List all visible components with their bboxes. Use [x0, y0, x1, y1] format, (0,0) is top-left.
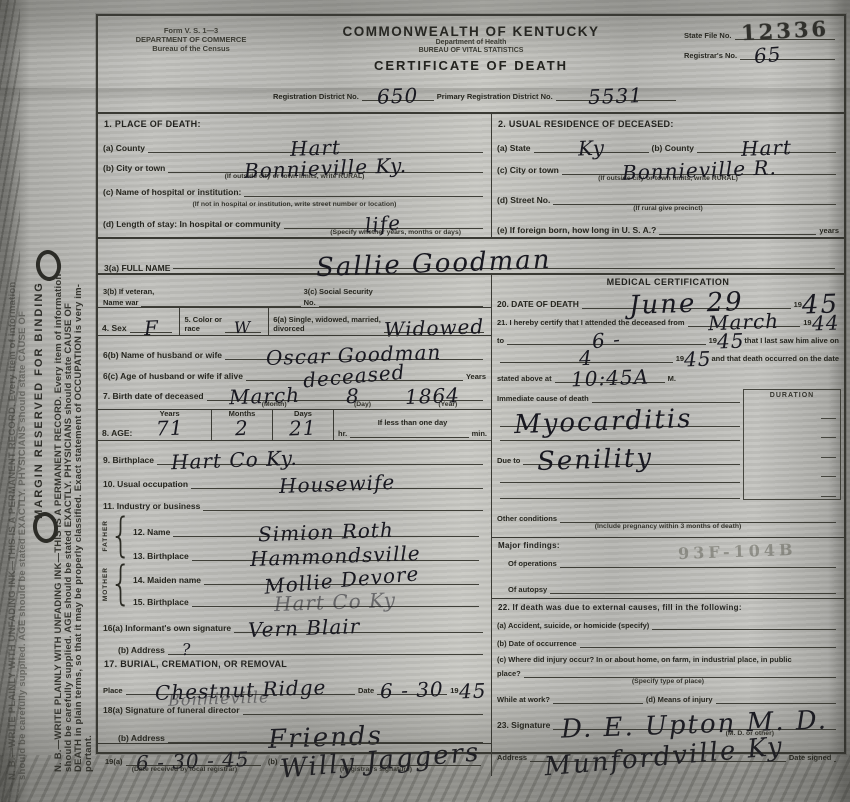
primary-district-line: 5531 [556, 86, 676, 101]
where-injury-label-2: place? [497, 670, 521, 679]
father-rows: 12. Name Simion Roth 13. Birthplace Hamm… [128, 511, 487, 561]
registration-district-row: Registration District No. 650 Primary Re… [273, 86, 679, 101]
burial-date-pre: 19 [450, 687, 458, 696]
res-city-line: Bonnieville R. [562, 160, 836, 175]
registrar-no-label: Registrar's No. [684, 52, 737, 61]
industry-row: 11. Industry or business [98, 489, 491, 511]
pod-county-label: (a) County [103, 143, 145, 153]
primary-district-value: 5531 [588, 85, 644, 107]
primary-district-label: Primary Registration District No. [437, 93, 553, 102]
age-hr-label: hr. [338, 430, 347, 439]
cause-label: Immediate cause of death [497, 395, 589, 404]
pod-city-value: Bonnieville Ky. [244, 155, 408, 181]
other-conditions-line [560, 512, 836, 523]
reg-district-value: 650 [377, 85, 419, 106]
informant-address-label: (b) Address [118, 645, 165, 655]
received-cell: 19(a) 6 - 30 - 45 (Date received by loca… [103, 744, 266, 776]
full-name-row: 3(a) FULL NAME Sallie Goodman [98, 239, 844, 275]
mother-name-line: Mollie Devore [204, 570, 479, 585]
age-less-cell: If less than one day hr. min. [334, 410, 491, 440]
margin-bleed-line2: should be carefully supplied. AGE should… [18, 20, 28, 780]
occurrence-label: (b) Date of occurrence [497, 640, 577, 649]
bureau-census: Bureau of the Census [106, 44, 276, 53]
means-injury-label: (d) Means of injury [646, 696, 713, 705]
margin-nb-line3: DEATH in plain terms, so that it may be … [74, 24, 84, 772]
informant-address-line: ? [168, 642, 483, 655]
physician-signature-label: 23. Signature [497, 720, 550, 730]
pod-county-line: Hart [148, 138, 483, 153]
spouse-line: Oscar Goodman [225, 345, 483, 360]
state-file-label: State File No. [684, 32, 732, 41]
father-vertical-label: FATHER [102, 520, 109, 552]
birthdate-label: 7. Birth date of deceased [103, 391, 204, 401]
spouse-age-label: 6(c) Age of husband or wife if alive [103, 371, 243, 381]
funeral-director-line [243, 704, 484, 715]
where-injury-row-2: place? [492, 664, 844, 678]
age-less-group: If less than one day hr. min. [338, 419, 487, 439]
received-row: 19(a) 6 - 30 - 45 [103, 744, 266, 766]
duration-dash [821, 419, 836, 439]
veteran-label: 3(b) If veteran, [103, 288, 304, 297]
race-line: W [225, 320, 261, 333]
father-birthplace-row: 13. Birthplace Hammondsville [128, 537, 487, 561]
pod-city-line: Bonnieville Ky. [168, 158, 483, 173]
res-state-line: Ky [534, 138, 649, 153]
other-conditions-label: Other conditions [497, 515, 557, 524]
res-county-label: (b) County [652, 143, 695, 153]
marital-cell: 6(a) Single, widowed, married, divorced … [269, 308, 491, 335]
pod-stay-value: life [364, 212, 402, 235]
cause-blank-line-1 [500, 430, 740, 441]
physician-address-line: Munfordville Ky [530, 744, 786, 762]
duration-label: DURATION [770, 392, 814, 399]
ssn-label: 3(c) Social Security [304, 288, 486, 297]
age-hr-min-row: hr. min. [338, 427, 487, 438]
registrar-sig-label: (b) [268, 758, 278, 767]
ssn-no-row: No. [304, 296, 486, 307]
res-city-value: Bonnieville R. [621, 157, 776, 182]
age-min-label: min. [472, 430, 487, 439]
certificate-form: Form V. S. 1—3 DEPARTMENT OF COMMERCE Bu… [96, 14, 846, 754]
pod-hospital-row: (c) Name of hospital or institution: [98, 181, 491, 197]
physician-address-label: Address [497, 754, 527, 763]
burial-place-row: Place Chestnut Ridge Date 6 - 30 19 45 [98, 669, 491, 695]
age-hr-line [350, 427, 468, 438]
registrar-sig-row: (b) Willy Jaggers [266, 744, 486, 766]
burial-place-label: Place [103, 687, 123, 696]
mother-birthplace-row: 15. Birthplace Hart Co Ky [128, 585, 487, 607]
sex-race-marital-row: 4. Sex F 5. Color or race W 6(a) Single,… [98, 307, 491, 335]
full-name-label: 3(a) FULL NAME [104, 263, 170, 273]
cause-blank-row-2 [492, 465, 748, 483]
date-of-death-label: 20. DATE OF DEATH [497, 299, 579, 309]
birthdate-month: March [229, 385, 301, 407]
burial-title: 17. BURIAL, CREMATION, OR REMOVAL [98, 655, 491, 669]
autopsy-row: Of autopsy [492, 568, 844, 594]
margin-bleedthrough: N. B.—WRITE PLAINLY WITH UNFADING INK—TH… [8, 20, 28, 780]
age-less-label: If less than one day [338, 419, 487, 428]
duration-dash [821, 477, 836, 497]
birthplace-label: 9. Birthplace [103, 455, 154, 465]
dept-health: Department of Health [306, 39, 636, 47]
date-of-death-line: June 29 [582, 291, 791, 309]
certify-suffix-2: that I last saw him alive on [744, 337, 839, 346]
registrar-sig-line: Willy Jaggers [280, 748, 481, 766]
certify-to-label: to [497, 337, 504, 346]
spouse-age-line: deceased [246, 366, 463, 381]
res-county-line: Hart [697, 138, 836, 153]
certify-time-line: 10:45A [555, 368, 665, 383]
pod-county-row: (a) County Hart [98, 129, 491, 153]
birthdate-day: 8 [346, 386, 360, 406]
cause-label-row: Immediate cause of death [492, 387, 748, 403]
race-label-2: race [184, 325, 222, 334]
mother-birthplace-label: 15. Birthplace [133, 597, 189, 607]
industry-line [203, 500, 483, 511]
pod-stay-line: life [284, 214, 483, 229]
margin-nb-note: N. B.—WRITE PLAINLY WITH UNFADING INK—TH… [54, 24, 94, 772]
registrar-row: 19(a) 6 - 30 - 45 (Date received by loca… [98, 743, 491, 776]
ssn-line [319, 296, 483, 307]
accident-label: (a) Accident, suicide, or homicide (spec… [497, 622, 649, 631]
father-birthplace-line: Hammondsville [192, 546, 479, 561]
age-days-value: 21 [289, 418, 317, 439]
informant-label: 16(a) Informant's own signature [103, 623, 231, 633]
certify-text-1: 21. I hereby certify that I attended the… [497, 319, 685, 328]
date-signed-label: Date signed [789, 754, 832, 763]
father-name-label: 12. Name [133, 527, 170, 537]
pod-stay-row: (d) Length of stay: In hospital or commu… [98, 209, 491, 229]
mother-side: MOTHER { [102, 561, 128, 607]
age-years-cell: 8. AGE: Years 71 [98, 410, 212, 440]
cause-value-row: Myocarditis [492, 403, 748, 427]
res-state-label: (a) State [497, 143, 531, 153]
certify-time-value: 10:45A [570, 367, 649, 390]
certificate-title: CERTIFICATE OF DEATH [306, 58, 636, 73]
veteran-war-row: Name war [103, 296, 304, 307]
informant-address-row: (b) Address ? [98, 633, 491, 655]
full-name-line: Sallie Goodman [173, 251, 835, 269]
pod-city-label: (b) City or town [103, 163, 165, 173]
certify-stated-label: stated above at [497, 375, 552, 384]
occupation-label: 10. Usual occupation [103, 479, 188, 489]
where-injury-line [524, 667, 836, 678]
cause-blank-line-3 [500, 488, 740, 499]
place-of-death-title: 1. PLACE OF DEATH: [98, 117, 491, 129]
autopsy-label: Of autopsy [508, 586, 547, 595]
veteran-ssn-row: 3(b) If veteran, Name war 3(c) Social Se… [98, 275, 491, 307]
spouse-age-row: 6(c) Age of husband or wife if alive dec… [98, 360, 491, 381]
funeral-address-row: (b) Address Friends [98, 715, 491, 743]
age-months-value: 2 [235, 418, 249, 438]
received-label: 19(a) [105, 758, 123, 767]
registrar-no-row: Registrar's No. 65 [682, 40, 840, 60]
veteran-war-line [141, 296, 300, 307]
state-file-row: State File No. 12336 [682, 20, 840, 40]
certify-row-1: 21. I hereby certify that I attended the… [492, 309, 844, 327]
veteran-group: 3(b) If veteran, Name war [103, 288, 304, 308]
pod-hospital-line [244, 186, 483, 197]
due-to-row: Due to Senility [492, 441, 748, 465]
certify-pre-3: 19 [676, 355, 684, 364]
pod-hospital-label: (c) Name of hospital or institution: [103, 187, 241, 197]
father-side: FATHER { [102, 511, 128, 561]
age-days-group: Days 21 [277, 410, 329, 439]
duration-dash [821, 438, 836, 458]
place-of-death-section: 1. PLACE OF DEATH: (a) County Hart (b) C… [98, 114, 492, 237]
left-column: 3(b) If veteran, Name war 3(c) Social Se… [98, 275, 492, 776]
operations-label: Of operations [508, 560, 557, 569]
burial-date-line: 6 - 30 [377, 680, 447, 695]
registrar-sig-cell: (b) Willy Jaggers (Registrar's signature… [266, 744, 486, 776]
cause-of-death-block: DURATION Immediate cause of death Myocar… [492, 387, 844, 503]
informant-line: Vern Blair [234, 618, 483, 633]
where-injury-row-1: (c) Where did injury occur? In or about … [492, 648, 844, 664]
main-section: 3(b) If veteran, Name war 3(c) Social Se… [98, 275, 844, 776]
where-injury-caption: (Specify type of place) [492, 678, 844, 686]
registrar-no-value: 65 [753, 44, 782, 66]
certify-pre-2: 19 [709, 337, 717, 346]
header-left-block: Form V. S. 1—3 DEPARTMENT OF COMMERCE Bu… [106, 26, 276, 53]
header-right-block: State File No. 12336 Registrar's No. 65 [682, 20, 840, 60]
funeral-director-label: 18(a) Signature of funeral director [103, 705, 240, 715]
birthplace-line: Hart Co Ky. [157, 450, 483, 465]
received-line: 6 - 30 - 45 [126, 751, 261, 766]
race-value: W [234, 320, 252, 337]
cause-value-line: Myocarditis [500, 409, 740, 427]
cause-blank-line-2 [500, 472, 740, 483]
sex-line: F [130, 318, 173, 333]
birthdate-line: March 8 1864 [207, 386, 483, 401]
certify-pre-1: 19 [803, 319, 811, 328]
form-header: Form V. S. 1—3 DEPARTMENT OF COMMERCE Bu… [98, 16, 844, 114]
burial-block: 17. BURIAL, CREMATION, OR REMOVAL Place … [98, 655, 491, 695]
other-conditions-caption: (Include pregnancy within 3 months of de… [492, 523, 844, 531]
res-foreign-row: (e) If foreign born, how long in U. S. A… [492, 213, 844, 235]
funeral-address-label: (b) Address [118, 733, 165, 743]
cause-label-line [592, 392, 740, 403]
father-name-line: Simion Roth [173, 522, 479, 537]
mother-name-label: 14. Maiden name [133, 575, 201, 585]
mother-rows: 14. Maiden name Mollie Devore 15. Birthp… [128, 561, 487, 607]
veteran-war-label: Name war [103, 299, 138, 308]
age-row: 8. AGE: Years 71 Months 2 [98, 409, 491, 440]
certify-row-2: to 6 - 19 45 that I last saw him alive o… [492, 327, 844, 345]
certify-row-4: stated above at 10:45A M. [492, 363, 844, 383]
external-causes-block: 22. If death was due to external causes,… [492, 598, 844, 704]
physician-address-value: Munfordville Ky [543, 734, 785, 781]
physician-signature-line: D. E. Upton M. D. [553, 712, 836, 730]
duration-dash [821, 399, 836, 419]
age-days-cell: Days 21 [273, 410, 334, 440]
registrar-sig-value: Willy Jaggers [280, 739, 482, 782]
accident-row: (a) Accident, suicide, or homicide (spec… [492, 612, 844, 630]
res-street-row: (d) Street No. [492, 183, 844, 205]
occurrence-row: (b) Date of occurrence [492, 630, 844, 648]
duration-dash [821, 458, 836, 478]
occupation-row: 10. Usual occupation Housewife [98, 465, 491, 489]
autopsy-line [550, 583, 836, 594]
sex-cell: 4. Sex F [98, 308, 180, 335]
spouse-row: 6(b) Name of husband or wife Oscar Goodm… [98, 335, 491, 360]
father-block: FATHER { 12. Name Simion Roth 13. Birthp… [98, 511, 491, 561]
pod-stay-label: (d) Length of stay: In hospital or commu… [103, 219, 281, 229]
at-work-label: While at work? [497, 696, 550, 705]
right-column: MEDICAL CERTIFICATION 20. DATE OF DEATH … [492, 275, 844, 776]
residence-title: 2. USUAL RESIDENCE OF DECEASED: [492, 117, 844, 129]
mother-birthplace-line: Hart Co Ky [192, 592, 479, 607]
certify-suffix-3: and that death occurred on the date [711, 355, 839, 364]
external-title: 22. If death was due to external causes,… [492, 599, 844, 612]
res-foreign-line [659, 224, 816, 235]
marital-line: Widowed [384, 318, 484, 333]
operations-row: Of operations 93F-104B [492, 550, 844, 568]
father-name-row: 12. Name Simion Roth [128, 511, 487, 537]
date-of-death-pre: 19 [794, 301, 802, 310]
birthdate-block: 7. Birth date of deceased March 8 1864 (… [98, 381, 491, 409]
certify-line-1: March [688, 312, 801, 327]
res-foreign-label: (e) If foreign born, how long in U. S. A… [497, 225, 656, 235]
informant-row: 16(a) Informant's own signature Vern Bla… [98, 607, 491, 633]
death-certificate-scan: N. B.—WRITE PLAINLY WITH UNFADING INK—TH… [0, 0, 850, 802]
accident-line [652, 619, 836, 630]
dept-commerce: DEPARTMENT OF COMMERCE [106, 35, 276, 44]
reg-district-label: Registration District No. [273, 93, 359, 102]
res-street-line [553, 194, 836, 205]
mother-block: MOTHER { 14. Maiden name Mollie Devore 1… [98, 561, 491, 607]
duration-box: DURATION [743, 389, 841, 500]
spouse-age-suffix: Years [466, 373, 486, 382]
top-section: 1. PLACE OF DEATH: (a) County Hart (b) C… [98, 114, 844, 239]
mother-vertical-label: MOTHER [102, 567, 109, 601]
medical-certification-title: MEDICAL CERTIFICATION [492, 275, 844, 287]
marital-label-2: divorced [273, 325, 381, 334]
date-signed-line [834, 751, 836, 762]
res-state-county-row: (a) State Ky (b) County Hart [492, 129, 844, 153]
funeral-director-row: 18(a) Signature of funeral director [98, 695, 491, 715]
date-of-death-row: 20. DATE OF DEATH June 29 19 45 [492, 287, 844, 309]
certify-time-suffix: M. [668, 375, 676, 384]
res-street-label: (d) Street No. [497, 195, 550, 205]
header-center-block: COMMONWEALTH OF KENTUCKY Department of H… [306, 24, 636, 73]
res-foreign-suffix: years [819, 227, 839, 236]
received-value: 6 - 30 - 45 [136, 749, 250, 773]
usual-residence-section: 2. USUAL RESIDENCE OF DECEASED: (a) Stat… [492, 114, 844, 237]
race-label-group: 5. Color or race [184, 316, 222, 333]
pod-stay-caption: (Specify whether years, months or days) [98, 229, 491, 237]
state-file-line: 12336 [735, 18, 835, 40]
burial-date-label: Date [358, 687, 374, 696]
res-street-caption: (If rural give precinct) [492, 205, 844, 213]
commonwealth-title: COMMONWEALTH OF KENTUCKY [306, 24, 636, 39]
pod-city-row: (b) City or town Bonnieville Ky. [98, 153, 491, 173]
reg-district-line: 650 [362, 86, 434, 101]
age-months-cell: Months 2 [212, 410, 273, 440]
due-to-label: Due to [497, 457, 520, 466]
cause-blank-row-1 [492, 427, 748, 441]
margin-nb-line4: portant. [84, 24, 94, 772]
race-cell: 5. Color or race W [180, 308, 269, 335]
spouse-label: 6(b) Name of husband or wife [103, 350, 222, 360]
birthplace-row: 9. Birthplace Hart Co Ky. [98, 440, 491, 465]
ssn-no-label: No. [304, 299, 316, 308]
form-number: Form V. S. 1—3 [106, 26, 276, 35]
due-to-line: Senility [523, 447, 740, 465]
ssn-group: 3(c) Social Security No. [304, 288, 486, 308]
bureau-vital-statistics: BUREAU OF VITAL STATISTICS [306, 47, 636, 55]
age-label: 8. AGE: [102, 428, 132, 438]
occupation-line: Housewife [191, 474, 483, 489]
marital-label-group: 6(a) Single, widowed, married, divorced [273, 316, 381, 333]
physician-signature-row: 23. Signature D. E. Upton M. D. [492, 704, 844, 730]
birthdate-year: 1864 [405, 385, 461, 407]
res-city-label: (c) City or town [497, 165, 559, 175]
occurrence-line [580, 637, 836, 648]
other-conditions-row: Other conditions [492, 507, 844, 523]
birthdate-row: 7. Birth date of deceased March 8 1864 [98, 381, 491, 401]
means-injury-line [716, 693, 836, 704]
age-months-group: Months 2 [216, 410, 268, 439]
father-birthplace-label: 13. Birthplace [133, 551, 189, 561]
physician-address-row: Address Munfordville Ky Date signed [492, 738, 844, 762]
certify-row-3: 4 19 45 and that death occurred on the d… [492, 345, 844, 363]
res-city-row: (c) City or town Bonnieville R. [492, 153, 844, 175]
where-injury-label: (c) Where did injury occur? In or about … [497, 656, 792, 665]
age-years-group: Years 71 [132, 410, 207, 439]
registrar-no-line: 65 [740, 45, 835, 60]
at-work-row: While at work? (d) Means of injury [492, 686, 844, 704]
certify-line-2: 6 - [507, 330, 705, 345]
cause-blank-row-3 [492, 483, 748, 499]
at-work-line [553, 693, 643, 704]
certify-line-3: 4 [500, 348, 673, 363]
pod-street-caption: (If not in hospital or institution, writ… [98, 201, 491, 209]
mother-name-row: 14. Maiden name Mollie Devore [128, 561, 487, 585]
findings-block: Major findings: Of operations 93F-104B O… [492, 537, 844, 594]
sex-label: 4. Sex [102, 323, 127, 333]
age-years-value: 71 [156, 418, 184, 439]
